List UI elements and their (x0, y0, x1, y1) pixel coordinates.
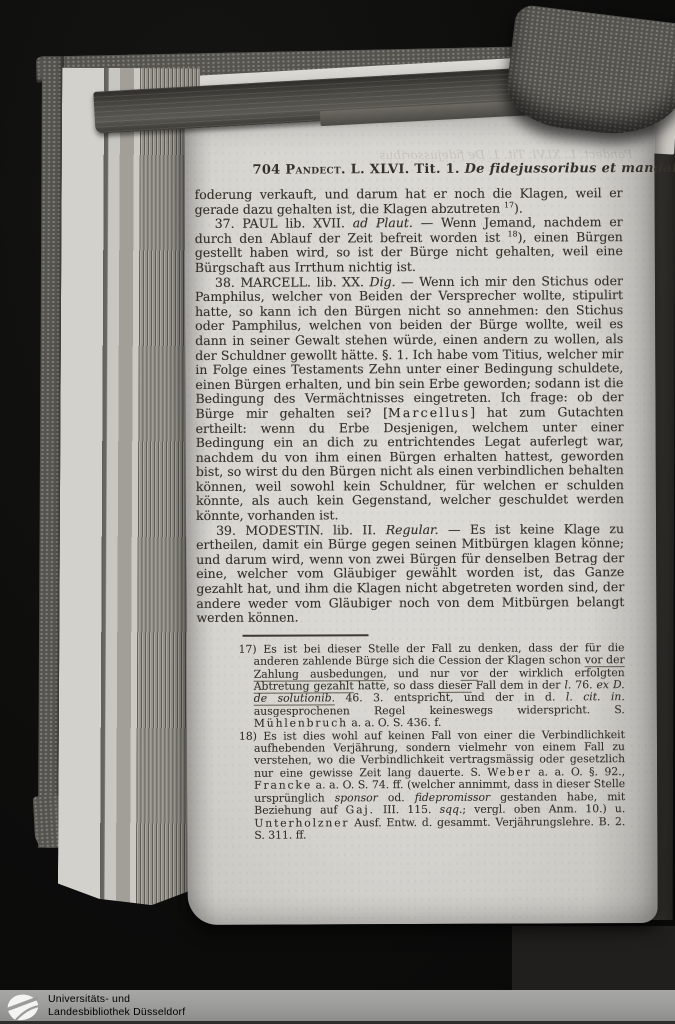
book-photo: Pandect. L. XLVI. Tit. 1. De fidejussori… (0, 0, 675, 1024)
page-stack-fore-edges (58, 68, 200, 911)
text-run: Dig. (369, 274, 395, 289)
body-paragraph: 38. MARCELL. lib. XX. Dig. — Wenn ich mi… (195, 274, 624, 524)
text-run: — Es ist keine Klage zu ertheilen, damit… (196, 521, 624, 625)
library-name-line1: Universitäts- und (48, 993, 185, 1006)
page-header: 704 Pandect. L. XLVI. Tit. 1. De fidejus… (194, 161, 622, 179)
text-run: l. cit. in. (566, 691, 625, 704)
footnote-label: 18) (239, 729, 263, 742)
text-run: a. a. O. S. 436. f. (348, 716, 442, 729)
text-run: De fidejussoribus et mandatoribus. (465, 161, 675, 177)
text-run: Pandect. (285, 162, 346, 177)
text-run: L. XLVI. Tit. 1. (346, 162, 465, 178)
text-run: 17 (504, 200, 514, 209)
text-run: od. (378, 791, 415, 804)
text-run: Weber (487, 765, 531, 778)
body-paragraph: 39. MODESTIN. lib. II. Regular. — Es ist… (196, 522, 624, 626)
text-run: 704 (252, 163, 280, 178)
text-run: hatte, so dass (354, 679, 438, 692)
text-run: 38. MARCELL. lib. XX. (215, 274, 370, 290)
text-run: Fall dem in der (472, 678, 565, 691)
text-run: Regular. (386, 522, 439, 537)
text-run: ] hat zum Gutachten ertheilt: wenn du Er… (196, 404, 624, 523)
text-run: — Wenn ich mir den Stichus oder Pamphilu… (195, 273, 624, 421)
text-run: Mühlenbruch (254, 717, 348, 730)
show-through-text: Pandect. L. XLVI. Tit. 1. De fidejussori… (379, 147, 632, 162)
text-run: III. 115. (375, 803, 440, 816)
body-paragraph: 37. PAUL lib. XVII. ad Plaut. — Wenn Jem… (195, 215, 623, 275)
text-run: 18 (508, 229, 518, 238)
library-logo-icon (3, 992, 43, 1022)
footnote: 18) Es ist dies wohl auf keinen Fall von… (239, 729, 625, 842)
page-body: foderung verkauft, und darum hat er noch… (195, 186, 625, 626)
text-run: Marcellus (388, 405, 470, 420)
text-run: foderung verkauft, und darum hat er noch… (195, 185, 623, 216)
text-run: Gaj. (346, 803, 375, 816)
text-run: ad Plaut. (353, 215, 413, 230)
library-name-line2: Landesbibliothek Düsseldorf (48, 1006, 185, 1019)
text-run: 37. PAUL lib. XVII. (215, 215, 353, 231)
scanned-page: Pandect. L. XLVI. Tit. 1. De fidejussori… (184, 111, 658, 925)
text-run: ex D. (596, 678, 624, 691)
text-run: l. (564, 678, 571, 691)
library-banner: Universitäts- und Landesbibliothek Düsse… (0, 990, 675, 1024)
text-run: a. a. O. §. 92., (532, 765, 626, 778)
text-run: , und nur (383, 666, 460, 679)
background-patch (512, 926, 675, 992)
text-run: sponsor (335, 791, 378, 804)
body-paragraph: foderung verkauft, und darum hat er noch… (195, 186, 623, 217)
text-run: Es ist bei dieser Stelle der Fall zu den… (254, 641, 625, 668)
text-run: 39. MODESTIN. lib. II. (216, 522, 386, 538)
text-run: ). (514, 200, 523, 215)
footnote-separator (243, 634, 369, 637)
text-run: sqq. (440, 803, 463, 816)
text-run: Unterholzner (254, 816, 349, 829)
text-run: fidepromissor (415, 790, 491, 803)
library-name: Universitäts- und Landesbibliothek Düsse… (48, 993, 185, 1018)
text-run: 76. (571, 678, 596, 691)
text-run: Francke (254, 779, 312, 792)
footnote-label: 17) (239, 643, 264, 656)
footnote: 17) Es ist bei dieser Stelle der Fall zu… (239, 642, 625, 731)
text-column: 704 Pandect. L. XLVI. Tit. 1. De fidejus… (194, 161, 625, 842)
footnotes: 17) Es ist bei dieser Stelle der Fall zu… (239, 642, 626, 842)
